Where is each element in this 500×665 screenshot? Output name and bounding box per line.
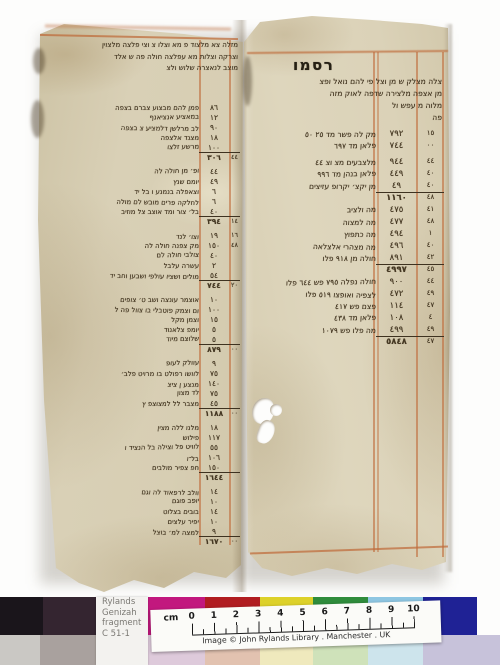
entry-amount: ٩٠٠ xyxy=(376,277,417,287)
entry-amount: ٣٩٤ xyxy=(199,217,229,226)
ledger-row: מנצע ן ציצ ١٤٠ xyxy=(42,378,240,388)
ledger-row: לצפיה ואופצו ٥١٩ פלו ٤٧٢ ٤٩ xyxy=(250,287,444,299)
entry-numbers: ٤٩٩٧ ٤٥ xyxy=(376,264,444,275)
entry-numbers: ٨٩١ ٤٢ xyxy=(376,253,444,263)
entry-numbers: ٤٧٧ ٤٨ xyxy=(376,217,444,227)
entry-amount: ٤٩٩٧ xyxy=(376,265,417,275)
entry-numbers: ١١٦٠ ٤٨ xyxy=(376,192,444,203)
entry-amount: ١٠ xyxy=(199,497,229,506)
ledger-row: לוויט פל וצילה בל הנציד ו ٥٥ xyxy=(42,442,240,452)
entry-numbers: ٨٦ xyxy=(199,103,240,112)
entry-side-number xyxy=(229,473,240,482)
entry-amount: ٤٥ xyxy=(199,399,229,408)
ruler-number: 5 xyxy=(291,608,314,619)
entry-side-number: ٤٧ xyxy=(417,337,444,347)
entry-numbers: ١٥٠ ٤٨ xyxy=(199,241,240,250)
right-page-title: רסמו xyxy=(293,56,334,74)
entry-amount: ٤٤٩ xyxy=(376,169,417,179)
entry-amount: ٩٠ xyxy=(199,123,229,132)
entry-side-number xyxy=(229,123,240,132)
entry-numbers: ١٠ xyxy=(199,517,240,526)
ledger-row: בובים בצלוט ١٤ xyxy=(42,506,240,516)
entry-numbers: ٨٧٩ ٠٠ xyxy=(199,344,240,354)
ledger-row: מלצבעים מצ וצ ٤٤ ٩٤٤ ٤٤ xyxy=(250,155,444,167)
shelfmark-line: C 51-1 xyxy=(96,629,148,640)
header-line: וצרקה וצלות מא עפלצה חולה פה ש אלד xyxy=(42,52,239,64)
entry-text: חולה מן ٩١٨ פלו xyxy=(250,254,377,263)
ledger-row: יומם שנץ ٤٩ xyxy=(42,176,240,186)
entry-amount: ٤٩ xyxy=(199,177,229,186)
ledger-row: מרשע זלצו ١٠٠ xyxy=(42,142,240,152)
entry-side-number: ٢٠ xyxy=(229,281,240,290)
ledger-row: פלאן מד ٦٩٧ ٧٤٤ ٠٠ xyxy=(250,139,444,151)
ruler-number: 8 xyxy=(358,605,381,616)
entry-numbers: ٤٩٤ ١ xyxy=(376,229,444,239)
entry-side-number: ٤٥ xyxy=(417,265,444,275)
entry-side-number xyxy=(229,517,240,526)
entry-side-number: ٠٠ xyxy=(229,345,240,354)
ledger-row: מצנד אלצפה ١٨ xyxy=(42,132,240,142)
entry-numbers: ٤٠ xyxy=(199,251,240,260)
entry-amount: ٤٩٩ xyxy=(376,325,417,335)
entry-numbers: ٥٨٤٨ ٤٧ xyxy=(376,336,444,347)
ledger-row: ٨٧٩ ٠٠ xyxy=(42,344,240,354)
entry-numbers: ٩٤٤ ٤٤ xyxy=(376,157,444,167)
ledger-row: ٧٤٤ ٢٠ xyxy=(42,280,240,290)
ledger-row: שלוצם מיוד ٥ xyxy=(42,334,240,344)
ledger-row: וצמן מקל ١٥ xyxy=(42,314,240,324)
entry-amount: ٩ xyxy=(199,527,229,536)
ledger-row: בל׳ צור ומד אוצב צל מוזיב ٤٠ xyxy=(42,206,240,216)
ruler-unit-label: cm xyxy=(163,613,178,623)
entry-numbers: ١٩ ١٦ xyxy=(199,231,240,240)
entry-amount: ٤٩٤ xyxy=(376,229,417,239)
entry-amount: ٥ xyxy=(199,325,229,334)
entry-amount: ١٠٠ xyxy=(199,305,229,314)
ledger-row: פלאן בנהן מד ٩٩٦ ٤٤٩ ٤٠ xyxy=(250,167,444,179)
entry-side-number: ٤٤ xyxy=(417,157,444,167)
entry-amount: ٩٤٤ xyxy=(376,157,417,167)
ledger-row: לב מרלשן דלמציע צ בצפה ٩٠ xyxy=(42,122,240,132)
entry-amount: ١٤ xyxy=(199,507,229,516)
entry-side-number xyxy=(229,527,240,536)
entry-amount: ٤٤ xyxy=(199,167,229,176)
entry-side-number xyxy=(229,453,240,462)
entry-numbers: ٤٧٢ ٤٩ xyxy=(376,289,444,299)
entry-side-number: ٤٤ xyxy=(417,277,444,287)
entry-text: וצאפלה בנמנע ו בל יד xyxy=(42,188,200,196)
ledger-row: מלנו ללה מצין ١٨ xyxy=(42,422,240,432)
entry-numbers: ٤٩ xyxy=(199,177,240,186)
entry-numbers: ١٠٠ xyxy=(199,143,240,152)
ledger-row: וולב לרפאוד לה וגם ١٤ xyxy=(42,486,240,496)
entry-side-number xyxy=(229,207,240,216)
entry-numbers: ٤٧٥ ٤١ xyxy=(376,205,444,215)
entry-text: מצבר לל למצוצפ ץ xyxy=(42,400,200,408)
ledger-row: ٣٠٦ ٤٤ xyxy=(42,152,240,162)
entry-amount: ١١٨٨ xyxy=(199,409,229,418)
ledger-row: פמן להם מבצוע צברם בצפה ٨٦ xyxy=(42,102,240,112)
ledger-row: במאציע אנציאנף ١٢ xyxy=(42,112,240,122)
ledger-row: ופ׳ מן חולה לה ٤٤ xyxy=(42,166,240,176)
entry-side-number xyxy=(229,103,240,112)
ledger-row: לוושו רפולט בו מרויט פלב׳ ٧٥ xyxy=(42,368,240,378)
entry-side-number xyxy=(229,113,240,122)
ledger-row: אוצמר עונצה ושב ט׳ צופים ١٠ xyxy=(42,294,240,304)
ledger-row: חולה מן ٩١٨ פלו ٨٩١ ٤٢ xyxy=(250,251,444,263)
entry-amount: ١١٦٠ xyxy=(376,193,417,203)
ledger-row: חפ צפיר מולבים ١٥٠ xyxy=(42,462,240,472)
entry-side-number xyxy=(229,315,240,324)
entry-numbers: ١٠٦ xyxy=(199,453,240,462)
entry-amount: ١٥ xyxy=(199,315,229,324)
entry-side-number xyxy=(229,379,240,388)
entry-side-number xyxy=(229,359,240,368)
ruler-number: 2 xyxy=(225,610,248,621)
entry-numbers: ١٦٤٤ xyxy=(199,472,240,482)
entry-amount: ٥٨٤٨ xyxy=(376,337,417,347)
entry-numbers: ١٤ xyxy=(199,487,240,496)
entry-numbers: ١٥ xyxy=(199,315,240,324)
entry-amount: ١٠٠ xyxy=(199,143,229,152)
right-page-ledger: מק לה פשר מד ٢٥ ٥٠ ٧٩٢ ١٥ פלאן מד ٦٩٧ ٧٤… xyxy=(250,127,444,347)
shelfmark-line: Rylands xyxy=(96,597,148,608)
ledger-row: מק לה פשר מד ٢٥ ٥٠ ٧٩٢ ١٥ xyxy=(250,127,444,139)
entry-numbers: ٩٠٠ ٤٤ xyxy=(376,277,444,287)
entry-text: יומפ צלאנוד xyxy=(42,326,200,334)
shelfmark-line: fragment xyxy=(96,618,148,629)
entry-side-number xyxy=(229,167,240,176)
entry-amount: ٩ xyxy=(199,359,229,368)
entry-side-number xyxy=(229,497,240,506)
entry-numbers: ٤٩ ٤٠ xyxy=(376,181,444,191)
entry-side-number: ٤٠ xyxy=(417,241,444,251)
entry-text: בל׳ צור ומד אוצב צל מוזיב xyxy=(42,208,200,216)
ledger-row: יפיר עלצים ١٠ xyxy=(42,516,240,526)
entry-text: מן יקצ׳ יקרופ עזיצים xyxy=(250,182,377,191)
ledger-row: מה ולציב ٤٧٥ ٤١ xyxy=(250,203,444,215)
entry-amount: ١٢ xyxy=(199,113,229,122)
entry-text: מק צפנה חולה לה xyxy=(42,242,200,250)
entry-text: יומם שנץ xyxy=(42,178,200,186)
entry-text: מה למצוה xyxy=(250,218,377,227)
paper-hole xyxy=(270,404,282,416)
entry-amount: ١٨ xyxy=(199,133,229,142)
entry-numbers: ١٠ xyxy=(199,295,240,304)
entry-amount: ٨٩١ xyxy=(376,253,417,263)
ledger-row: לד מצון ٧٥ xyxy=(42,388,240,398)
entry-amount: ٤٩ xyxy=(376,181,417,191)
entry-text: וצמן מקל xyxy=(42,316,200,324)
entry-amount: ٤٧٧ xyxy=(376,217,417,227)
entry-amount: ٤٩٦ xyxy=(376,241,417,251)
ledger-row: ٥٨٤٨ ٤٧ xyxy=(250,335,444,347)
entry-side-number xyxy=(229,507,240,516)
entry-amount: ١٥٠ xyxy=(199,463,229,472)
ruler-number: 0 xyxy=(180,611,203,622)
color-patch-light-grey xyxy=(0,635,40,665)
ledger-row: וצאפלה בנמנע ו בל יד ٦ xyxy=(42,186,240,196)
entry-numbers: ٥ xyxy=(199,325,240,334)
entry-side-number xyxy=(229,487,240,496)
entry-side-number xyxy=(229,369,240,378)
entry-side-number xyxy=(229,305,240,314)
entry-amount: ١٤٠ xyxy=(199,379,229,388)
entry-numbers: ١١٨٨ ٠٠ xyxy=(199,408,240,418)
ledger-row: יופב פוגם ١٠ xyxy=(42,496,240,506)
entry-amount: ١٦٤٤ xyxy=(199,473,229,482)
entry-side-number xyxy=(229,197,240,206)
entry-amount: ١٤ xyxy=(199,487,229,496)
entry-side-number: ١ xyxy=(417,229,444,239)
entry-numbers: ١٢ xyxy=(199,113,240,122)
entry-text: פמן להם מבצוע צברם בצפה xyxy=(42,104,200,112)
entry-numbers: ٩٠ xyxy=(199,123,240,132)
entry-numbers: ٤٠ xyxy=(199,207,240,216)
ledger-row: ٣٩٤ ١٤ xyxy=(42,216,240,226)
ledger-row: למצה למ׳ בוצל ٩ xyxy=(42,526,240,536)
entry-side-number: ٤٤ xyxy=(229,153,240,162)
entry-text: פילוש xyxy=(42,434,200,442)
ledger-row: פצם פש ٤١٧ ١١٤ ٤٧ xyxy=(250,299,444,311)
entry-side-number xyxy=(229,325,240,334)
entry-amount: ٣٠٦ xyxy=(199,153,229,162)
entry-numbers: ١٤ xyxy=(199,507,240,516)
entry-numbers: ١٠ xyxy=(199,497,240,506)
entry-numbers: ١٨ xyxy=(199,423,240,432)
entry-side-number: ٤٨ xyxy=(417,193,444,203)
entry-numbers: ١١٤ ٤٧ xyxy=(376,301,444,311)
entry-numbers: ٩ xyxy=(199,359,240,368)
ledger-row: ١١٦٠ ٤٨ xyxy=(250,191,444,203)
entry-amount: ٥٥ xyxy=(199,443,229,452)
entry-text: פצם פש ٤١٧ xyxy=(250,302,377,311)
entry-text: מלנו ללה מצין xyxy=(42,424,200,432)
entry-amount: ٧٤٤ xyxy=(376,141,417,151)
entry-side-number: ٤٢ xyxy=(417,253,444,263)
ledger-row: מולים ושציו עולפי ושבען וחב יד ٥٤ xyxy=(42,270,240,280)
ledger-row: ١٦٧٠ ٠٠ xyxy=(42,536,240,546)
entry-text: מק לה פשר מד ٢٥ ٥٠ xyxy=(250,130,377,139)
entry-amount: ١٨ xyxy=(199,423,229,432)
ruler-number: 10 xyxy=(402,604,425,615)
entry-text: מלצבעים מצ וצ ٤٤ xyxy=(250,158,377,167)
ledger-row: בל־ו ١٠٦ xyxy=(42,452,240,462)
entry-amount: ١٠ xyxy=(199,295,229,304)
entry-amount: ٧٤٤ xyxy=(199,281,229,290)
header-line: מזלה צא מלצוד פ מא וצלו צ וצי פלצה מלצוי… xyxy=(42,40,239,52)
entry-amount: ١١٤ xyxy=(376,301,417,311)
ledger-row: חולה נפלה ٧٩٥ פש ٦٤٤ פלו ٩٠٠ ٤٤ xyxy=(250,275,444,287)
entry-side-number xyxy=(229,251,240,260)
entry-amount: ٢ xyxy=(199,261,229,270)
entry-amount: ٦ xyxy=(199,197,229,206)
entry-side-number: ٠٠ xyxy=(229,409,240,418)
entry-numbers: ١٤٠ xyxy=(199,379,240,388)
entry-side-number: ٤٩ xyxy=(417,325,444,335)
ledger-row: מן יקצ׳ יקרופ עזיצים ٤٩ ٤٠ xyxy=(250,179,444,191)
header-line: צלה מצלק ש מן וצל פי להם נואל ופצ xyxy=(252,76,443,88)
entry-side-number xyxy=(229,271,240,280)
entry-numbers: ٥٥ xyxy=(199,443,240,452)
entry-amount: ٧٩٢ xyxy=(376,129,417,139)
entry-side-number xyxy=(229,463,240,472)
entry-side-number xyxy=(229,335,240,344)
ledger-row: מה מצהרי אלצלאה ٤٩٦ ٤٠ xyxy=(250,239,444,251)
entry-amount: ٦ xyxy=(199,187,229,196)
entry-text: חפ צפיר מולבים xyxy=(42,464,200,472)
ledger-row: מה למצוה ٤٧٧ ٤٨ xyxy=(250,215,444,227)
entry-numbers: ٦ xyxy=(199,187,240,196)
ruler-number: 9 xyxy=(380,605,403,616)
left-page-header: מזלה צא מלצוד פ מא וצלו צ וצי פלצה מלצוי… xyxy=(42,40,238,75)
ledger-row: מצבר לל למצוצפ ץ ٤٥ xyxy=(42,398,240,408)
ruler-number: 1 xyxy=(203,611,226,622)
entry-amount: ١٠ xyxy=(199,517,229,526)
entry-numbers: ٤٩٩ ٤٩ xyxy=(376,325,444,335)
entry-numbers: ٣٩٤ ١٤ xyxy=(199,216,240,226)
entry-side-number xyxy=(229,399,240,408)
shelfmark-label: RylandsGenizahfragmentC 51-1 xyxy=(96,597,148,665)
page-edge-shadow xyxy=(444,24,452,572)
entry-numbers: ٧٥ xyxy=(199,389,240,398)
entry-amount: ٤٠ xyxy=(199,207,229,216)
ledger-row: פלאן מד ٤٣٨ ١٠٨ ٤ xyxy=(250,311,444,323)
entry-amount: ١١٧ xyxy=(199,433,229,442)
left-page-ledger: פמן להם מבצוע צברם בצפה ٨٦ במאציע אנציאנ… xyxy=(42,102,240,546)
ledger-row: מק צפנה חולה לה ١٥٠ ٤٨ xyxy=(42,240,240,250)
ledger-row: עוולק לעופ ٩ xyxy=(42,358,240,368)
entry-amount: ٥٤ xyxy=(199,271,229,280)
entry-text: אוצמר עונצה ושב ט׳ צופים xyxy=(42,296,200,304)
entry-side-number xyxy=(229,443,240,452)
entry-amount: ١٦٧٠ xyxy=(199,537,229,546)
entry-side-number: ٤ xyxy=(417,313,444,323)
entry-numbers: ٢ xyxy=(199,261,240,270)
entry-side-number: ٤٩ xyxy=(417,289,444,299)
entry-numbers: ٥ xyxy=(199,335,240,344)
ledger-row: לחלקה פרים מובש לם מולה ٦ xyxy=(42,196,240,206)
color-patch-grey xyxy=(40,635,96,665)
entry-text: בובים בצלוט xyxy=(42,508,200,516)
entry-side-number xyxy=(229,389,240,398)
entry-side-number: ١٤ xyxy=(229,217,240,226)
ledger-row: ום וצמק פוטבלי בו צוול פה ל ١٠٠ xyxy=(42,304,240,314)
header-line: מן אצפה מלצירה שדפה לאוק מזה xyxy=(252,88,443,100)
entry-text: מה כתפוץ xyxy=(250,230,377,239)
ledger-row: פילוש ١١٧ xyxy=(42,432,240,442)
entry-numbers: ٥٤ xyxy=(199,271,240,280)
entry-text: מה פלו פש ١٠٧٩ xyxy=(250,326,377,335)
color-patch-black xyxy=(0,597,43,635)
entry-side-number xyxy=(229,423,240,432)
ruler-number: 7 xyxy=(336,606,359,617)
entry-numbers: ١٠٨ ٤ xyxy=(376,313,444,323)
entry-side-number: ٤١ xyxy=(417,205,444,215)
entry-numbers: ٦ xyxy=(199,197,240,206)
entry-numbers: ٧٤٤ ٢٠ xyxy=(199,280,240,290)
entry-side-number xyxy=(229,433,240,442)
ledger-row: מה פלו פש ١٠٧٩ ٤٩٩ ٤٩ xyxy=(250,323,444,335)
header-line: פה xyxy=(252,112,443,124)
entry-numbers: ٧٩٢ ١٥ xyxy=(376,129,444,139)
entry-numbers: ٧٤٤ ٠٠ xyxy=(376,141,444,151)
header-line: מוצב לנאצרה שלוש ולצ xyxy=(42,63,239,75)
entry-amount: ١٩ xyxy=(199,231,229,240)
entry-amount: ١٥٠ xyxy=(199,241,229,250)
entry-numbers: ٤٤٩ ٤٠ xyxy=(376,169,444,179)
entry-numbers: ١٥٠ xyxy=(199,463,240,472)
ledger-row: יומפ צלאנוד ٥ xyxy=(42,324,240,334)
shelfmark-line: Genizah xyxy=(96,608,148,619)
entry-amount: ٤٧٢ xyxy=(376,289,417,299)
ledger-row: מה כתפוץ ٤٩٤ ١ xyxy=(250,227,444,239)
entry-side-number: ٠٠ xyxy=(417,141,444,151)
entry-text: מצנד אלצפה xyxy=(42,134,200,142)
entry-text: לצפיה ואופצו ٥١٩ פלו xyxy=(250,289,377,300)
entry-side-number xyxy=(229,133,240,142)
ruler-number: 4 xyxy=(269,608,292,619)
entry-amount: ٤٠ xyxy=(199,251,229,260)
ledger-row: עשרה עלבל ٢ xyxy=(42,260,240,270)
ledger-row: ٤٩٩٧ ٤٥ xyxy=(250,263,444,275)
entry-amount: ٧٥ xyxy=(199,389,229,398)
entry-side-number: ٠٠ xyxy=(229,537,240,546)
entry-side-number: ٤٨ xyxy=(229,241,240,250)
entry-side-number xyxy=(229,177,240,186)
entry-amount: ٥ xyxy=(199,335,229,344)
entry-side-number: ٤٠ xyxy=(417,181,444,191)
entry-text: יפיר עלצים xyxy=(42,518,200,526)
entry-numbers: ٣٠٦ ٤٤ xyxy=(199,152,240,162)
ledger-row: ١١٨٨ ٠٠ xyxy=(42,408,240,418)
entry-text: עשרה עלבל xyxy=(42,262,200,270)
entry-amount: ٤٧٥ xyxy=(376,205,417,215)
entry-numbers: ٧٥ xyxy=(199,369,240,378)
entry-side-number xyxy=(229,261,240,270)
right-page-header: צלה מצלק ש מן וצל פי להם נואל ופצמן אצפה… xyxy=(252,76,442,124)
entry-amount: ١٠٨ xyxy=(376,313,417,323)
entry-numbers: ٤٤ xyxy=(199,167,240,176)
header-line: מלוה מ עפש ול xyxy=(252,100,443,112)
entry-amount: ١٠٦ xyxy=(199,453,229,462)
entry-text: מה מצהרי אלצלאה xyxy=(250,241,377,252)
entry-amount: ٧٥ xyxy=(199,369,229,378)
entry-text: לוושו רפולט בו מרויט פלב׳ xyxy=(42,370,200,378)
entry-side-number: ٤٧ xyxy=(417,301,444,311)
entry-amount: ٨٦ xyxy=(199,103,229,112)
entry-side-number: ١٦ xyxy=(229,231,240,240)
entry-numbers: ٩ xyxy=(199,527,240,536)
entry-numbers: ١٠٠ xyxy=(199,305,240,314)
ruler-number: 6 xyxy=(313,607,336,618)
entry-side-number xyxy=(229,143,240,152)
ledger-row: צולבי חולה לם ٤٠ xyxy=(42,250,240,260)
ledger-row: ١٦٤٤ xyxy=(42,472,240,482)
entry-numbers: ١٦٧٠ ٠٠ xyxy=(199,536,240,546)
entry-side-number: ١٥ xyxy=(417,129,444,139)
entry-numbers: ١١٧ xyxy=(199,433,240,442)
entry-numbers: ٤٩٦ ٤٠ xyxy=(376,241,444,251)
entry-side-number xyxy=(229,187,240,196)
entry-numbers: ٤٥ xyxy=(199,399,240,408)
entry-side-number: ٤٠ xyxy=(417,169,444,179)
entry-side-number: ٤٨ xyxy=(417,217,444,227)
color-patch-dark-maroon xyxy=(43,597,96,635)
ledger-row: וצו׳ לנד ١٩ ١٦ xyxy=(42,230,240,240)
ruler-number: 3 xyxy=(247,609,270,620)
entry-numbers: ١٨ xyxy=(199,133,240,142)
